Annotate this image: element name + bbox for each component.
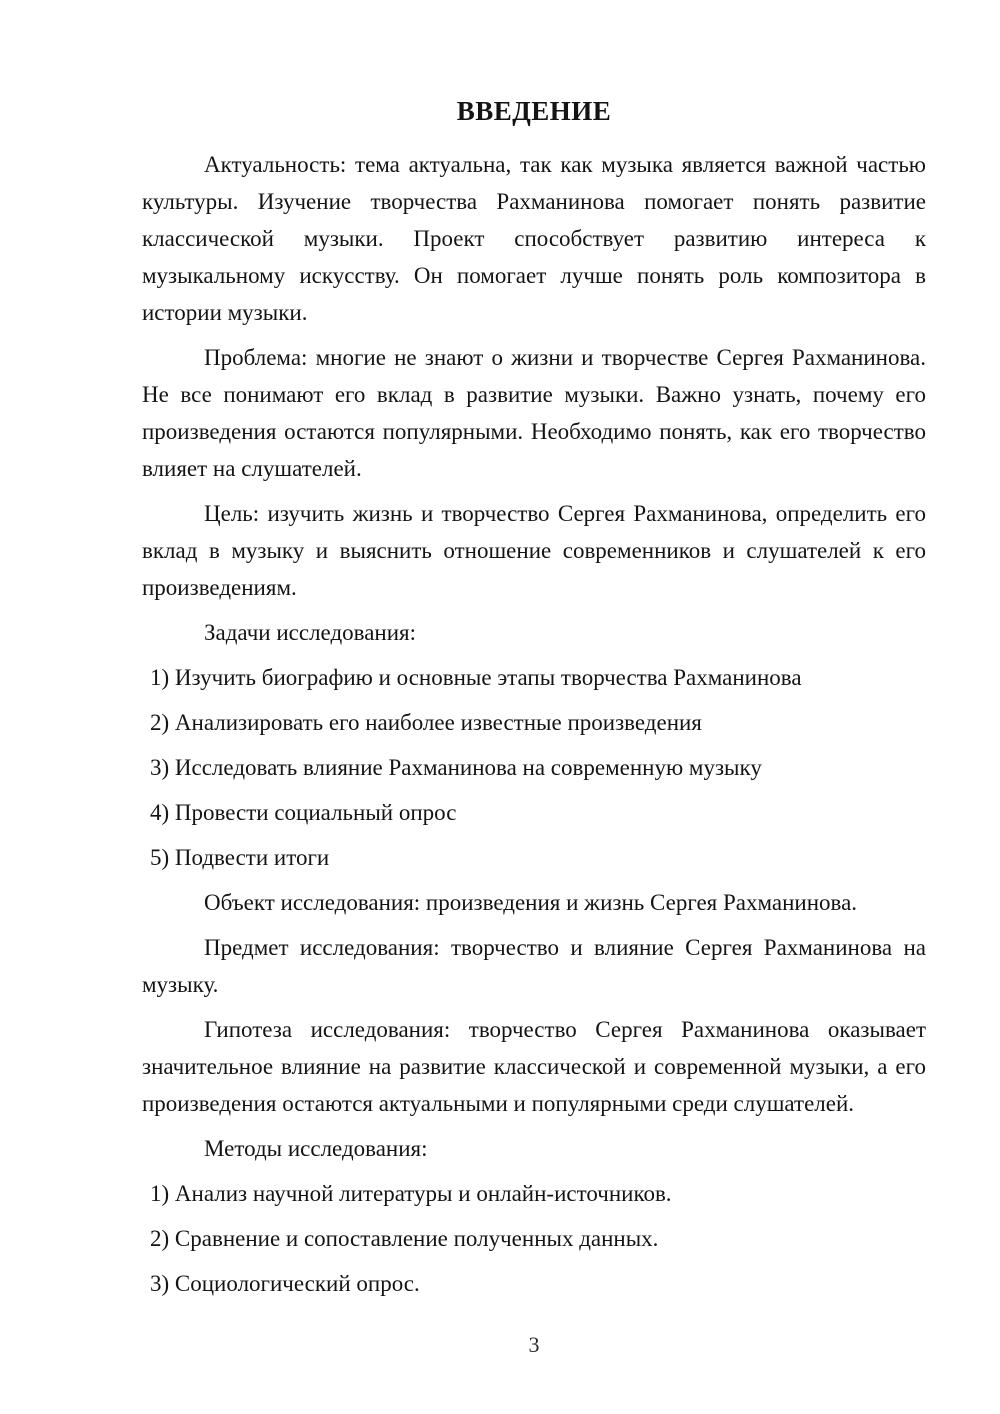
task-item-3: 3) Исследовать влияние Рахманинова на со…	[142, 749, 926, 786]
task-item-1: 1) Изучить биографию и основные этапы тв…	[142, 659, 926, 696]
page-number: 3	[142, 1330, 926, 1360]
task-item-5: 5) Подвести итоги	[142, 839, 926, 876]
paragraph-goal: Цель: изучить жизнь и творчество Сергея …	[142, 495, 926, 606]
paragraph-relevance: Актуальность: тема актуальна, так как му…	[142, 146, 926, 331]
paragraph-hypothesis: Гипотеза исследования: творчество Сергея…	[142, 1011, 926, 1122]
paragraph-subject: Предмет исследования: творчество и влиян…	[142, 929, 926, 1003]
method-item-3: 3) Социологический опрос.	[142, 1265, 926, 1302]
tasks-heading: Задачи исследования:	[142, 614, 926, 651]
task-item-2: 2) Анализировать его наиболее известные …	[142, 704, 926, 741]
paragraph-object: Объект исследования: произведения и жизн…	[142, 884, 926, 921]
page-title: ВВЕДЕНИЕ	[142, 96, 926, 126]
methods-heading: Методы исследования:	[142, 1130, 926, 1167]
task-item-4: 4) Провести социальный опрос	[142, 794, 926, 831]
method-item-1: 1) Анализ научной литературы и онлайн-ис…	[142, 1175, 926, 1212]
document-page: ВВЕДЕНИЕ Актуальность: тема актуальна, т…	[0, 0, 1000, 1414]
paragraph-problem: Проблема: многие не знают о жизни и твор…	[142, 339, 926, 487]
method-item-2: 2) Сравнение и сопоставление полученных …	[142, 1220, 926, 1257]
